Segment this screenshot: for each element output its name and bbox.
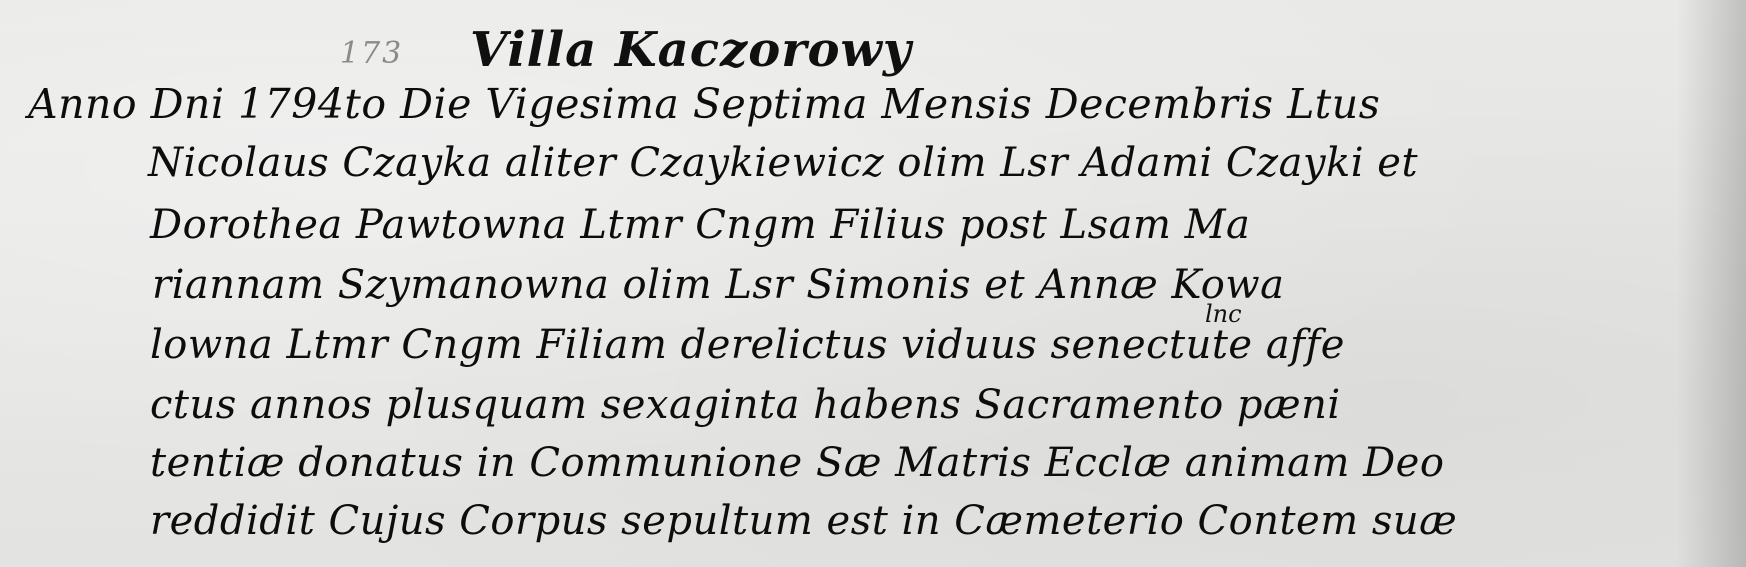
record-heading: Villa Kaczorowy [470,22,912,78]
record-line-4: riannam Szymanowna olim Lsr Simonis et A… [152,262,1284,308]
record-line-5: lowna Ltmr Cngm Filiam derelictus viduus… [150,322,1345,368]
record-line-7: tentiæ donatus in Communione Sæ Matris E… [150,440,1444,486]
record-line-1: Anno Dni 1794to Die Vigesima Septima Men… [28,80,1380,128]
record-line-8: reddidit Cujus Corpus sepultum est in Cæ… [150,498,1457,544]
record-line-3: Dorothea Pawtowna Ltmr Cngm Filius post … [150,202,1250,248]
folio-number: 173 [340,36,403,71]
record-line-2: Nicolaus Czayka aliter Czaykiewicz olim … [148,140,1418,186]
page-edge-shadow [1676,0,1746,567]
manuscript-page: 173 Villa Kaczorowy Anno Dni 1794to Die … [0,0,1746,567]
record-line-6: ctus annos plusquam sexaginta habens Sac… [150,382,1341,428]
